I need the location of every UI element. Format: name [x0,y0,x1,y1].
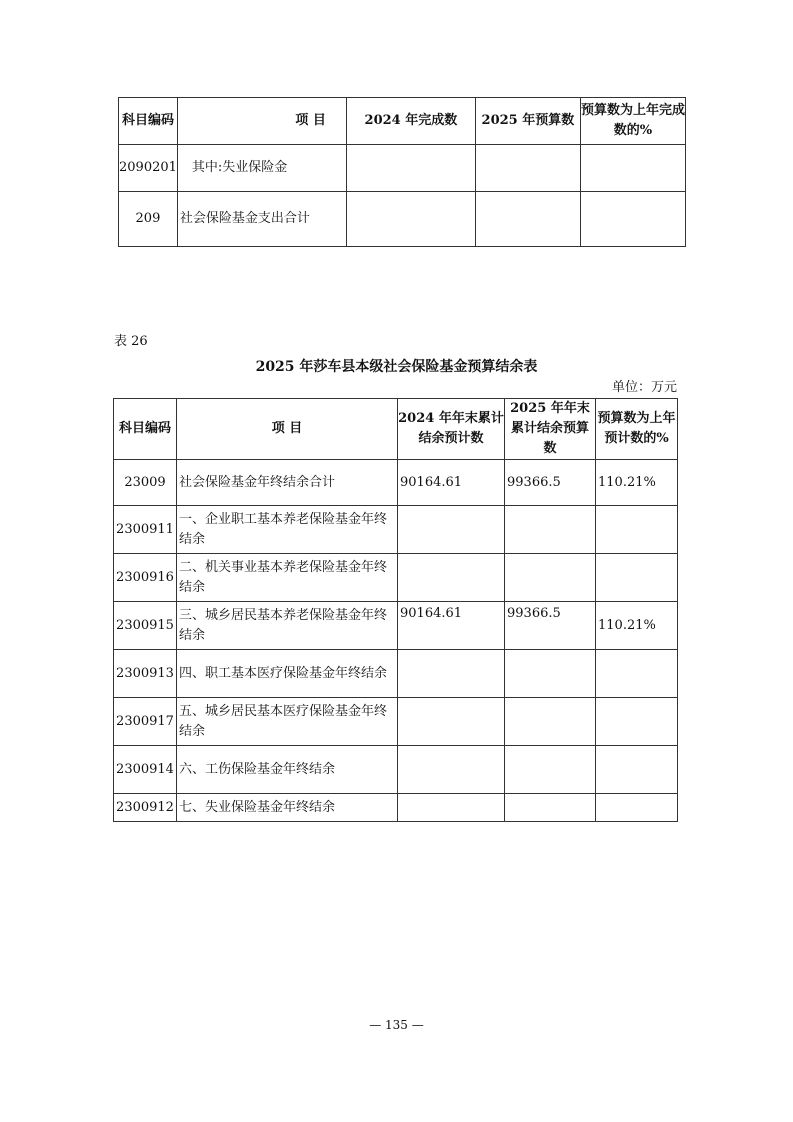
header-pct: 预算数为上年完成数的% [580,98,685,145]
row-item: 六、工伤保险基金年终结余 [177,746,398,794]
table-title: 2025 年莎车县本级社会保险基金预算结余表 [0,356,793,376]
row-2024: 90164.61 [398,460,505,506]
row-code: 2300916 [114,554,177,602]
table-row: 2300913 四、职工基本医疗保险基金年终结余 [114,650,678,698]
header-code: 科目编码 [114,399,177,460]
row-2024 [398,698,505,746]
page-number: — 135 — [0,1018,793,1032]
row-item: 四、职工基本医疗保险基金年终结余 [177,650,398,698]
row-2025: 99366.5 [505,460,596,506]
row-2024 [346,192,475,247]
row-pct [596,698,678,746]
row-item: 七、失业保险基金年终结余 [177,794,398,822]
table-row: 2300914 六、工伤保险基金年终结余 [114,746,678,794]
row-code: 2300912 [114,794,177,822]
row-code: 2300911 [114,506,177,554]
table-row: 2300916 二、机关事业基本养老保险基金年终结余 [114,554,678,602]
row-pct [596,794,678,822]
header-code: 科目编码 [119,98,178,145]
row-pct [580,145,685,192]
table-row: 2300917 五、城乡居民基本医疗保险基金年终结余 [114,698,678,746]
row-2025 [505,698,596,746]
row-2024: 90164.61 [398,602,505,650]
row-code: 2300913 [114,650,177,698]
table-row: 2090201 其中:失业保险金 [119,145,686,192]
row-2025: 99366.5 [505,602,596,650]
row-code: 2300917 [114,698,177,746]
header-2025: 2025 年年末累计结余预算数 [505,399,596,460]
header-pct: 预算数为上年预计数的% [596,399,678,460]
row-2024 [398,650,505,698]
expenditure-table-continued: 科目编码 项 目 2024 年完成数 2025 年预算数 预算数为上年完成数的%… [118,97,686,247]
row-pct [596,746,678,794]
row-item: 二、机关事业基本养老保险基金年终结余 [177,554,398,602]
row-2024 [346,145,475,192]
row-item: 三、城乡居民基本养老保险基金年终结余 [177,602,398,650]
row-2025 [505,746,596,794]
row-code: 2300914 [114,746,177,794]
header-item: 项 目 [177,98,346,145]
row-2024 [398,746,505,794]
row-2025 [505,506,596,554]
row-code: 209 [119,192,178,247]
row-2025 [505,650,596,698]
row-item: 其中:失业保险金 [177,145,346,192]
row-pct: 110.21% [596,602,678,650]
row-pct [596,650,678,698]
header-item: 项 目 [177,399,398,460]
table-label: 表 26 [114,330,148,349]
fund-balance-table: 科目编码 项 目 2024 年年末累计结余预计数 2025 年年末累计结余预算数… [113,398,678,822]
table-row: 2300915 三、城乡居民基本养老保险基金年终结余 90164.61 9936… [114,602,678,650]
row-code: 2090201 [119,145,178,192]
table-row: 23009 社会保险基金年终结余合计 90164.61 99366.5 110.… [114,460,678,506]
row-2024 [398,506,505,554]
row-code: 2300915 [114,602,177,650]
row-item: 五、城乡居民基本医疗保险基金年终结余 [177,698,398,746]
row-2024 [398,794,505,822]
table-row: 2300912 七、失业保险基金年终结余 [114,794,678,822]
row-pct [596,506,678,554]
row-2025 [505,554,596,602]
row-pct: 110.21% [596,460,678,506]
row-pct [580,192,685,247]
row-2025 [505,794,596,822]
header-2025: 2025 年预算数 [475,98,580,145]
row-2025 [475,145,580,192]
header-2024: 2024 年年末累计结余预计数 [398,399,505,460]
unit-label: 单位：万元 [612,376,677,395]
row-code: 23009 [114,460,177,506]
table-row: 2300911 一、企业职工基本养老保险基金年终结余 [114,506,678,554]
row-item: 社会保险基金支出合计 [177,192,346,247]
row-pct [596,554,678,602]
row-item: 社会保险基金年终结余合计 [177,460,398,506]
row-2025 [475,192,580,247]
row-item: 一、企业职工基本养老保险基金年终结余 [177,506,398,554]
header-2024: 2024 年完成数 [346,98,475,145]
table-row: 209 社会保险基金支出合计 [119,192,686,247]
row-2024 [398,554,505,602]
